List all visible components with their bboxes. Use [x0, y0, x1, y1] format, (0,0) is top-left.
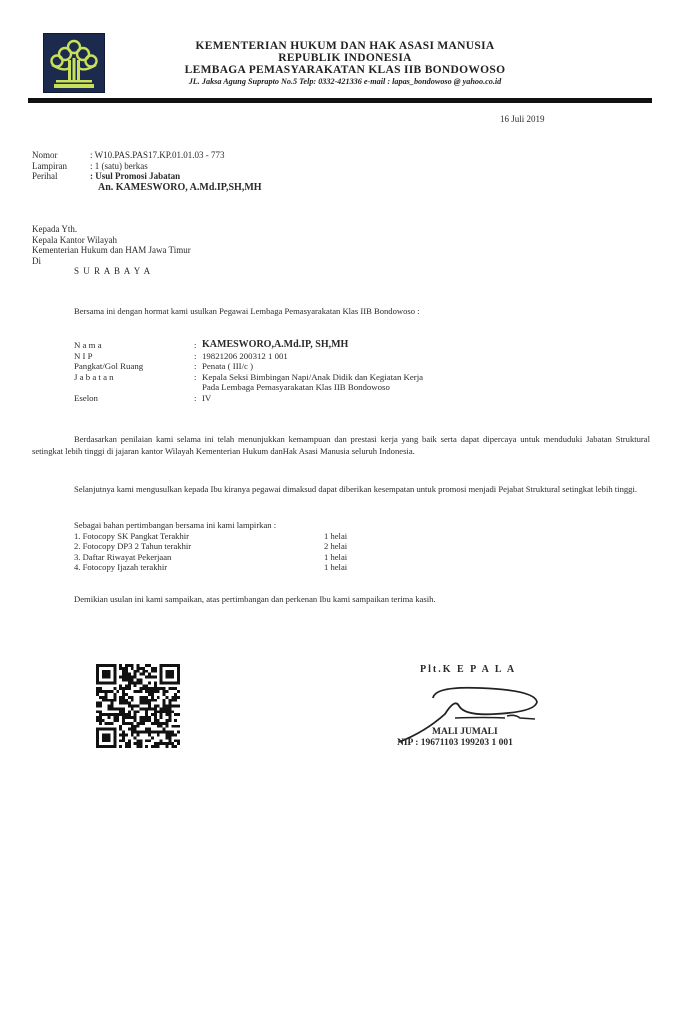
intro-text: Bersama ini dengan hormat kami usulkan P… [74, 306, 634, 318]
meta-perihal: Perihal: Usul Promosi Jabatan [32, 171, 262, 182]
signatory-name: MALI JUMALI [432, 727, 498, 737]
employee-row: Eselon:IV [74, 393, 554, 404]
recipient-salutation: Kepada Yth. [32, 224, 191, 235]
employee-field-label [74, 382, 194, 393]
employee-field-label: N a m a [74, 340, 194, 351]
employee-row: N I P:19821206 200312 1 001 [74, 351, 554, 362]
attachment-item: 3. Daftar Riwayat Pekerjaan1 helai [74, 552, 394, 563]
attachment-item: 1. Fotocopy SK Pangkat Terakhir1 helai [74, 531, 394, 542]
ministry-tree-emblem-icon [44, 34, 104, 92]
letter-meta: Nomor: W10.PAS.PAS17.KP.01.01.03 - 773 L… [32, 150, 262, 193]
attachment-item: 2. Fotocopy DP3 2 Tahun terakhir2 helai [74, 541, 394, 552]
country-name: REPUBLIK INDONESIA [110, 52, 580, 64]
recipient-office: Kementerian Hukum dan HAM Jawa Timur [32, 245, 191, 256]
employee-field-value: Kepala Seksi Bimbingan Napi/Anak Didik d… [202, 372, 423, 383]
recipient-title: Kepala Kantor Wilayah [32, 235, 191, 246]
recipient-block: Kepada Yth. Kepala Kantor Wilayah Kement… [32, 224, 191, 277]
employee-details: N a m a:KAMESWORO,A.Md.IP, SH,MHN I P:19… [74, 340, 554, 403]
paragraph-assessment: Berdasarkan penilaian kami selama ini te… [32, 434, 650, 457]
signatory-nip: NIP : 19671103 199203 1 001 [397, 738, 513, 748]
ministry-name: KEMENTERIAN HUKUM DAN HAK ASASI MANUSIA [110, 40, 580, 52]
recipient-di: Di [32, 256, 191, 267]
institution-address: JL. Jaksa Agung Suprapto No.5 Telp: 0332… [110, 77, 580, 86]
recipient-city: S U R A B A Y A [32, 266, 191, 277]
employee-row: Pangkat/Gol Ruang:Penata ( III/c ) [74, 361, 554, 372]
employee-field-label: J a b a t a n [74, 372, 194, 383]
institution-name: LEMBAGA PEMASYARAKATAN KLAS IIB BONDOWOS… [110, 64, 580, 76]
closing-text: Demikian usulan ini kami sampaikan, atas… [74, 594, 634, 606]
attachments-list: Sebagai bahan pertimbangan bersama ini k… [74, 520, 394, 573]
employee-row: J a b a t a n:Kepala Seksi Bimbingan Nap… [74, 372, 554, 383]
ministry-logo [43, 33, 105, 93]
employee-field-label: Eselon [74, 393, 194, 404]
letter-date: 16 Juli 2019 [500, 114, 545, 124]
employee-field-value: IV [202, 393, 211, 404]
employee-field-label: Pangkat/Gol Ruang [74, 361, 194, 372]
employee-field-value: KAMESWORO,A.Md.IP, SH,MH [202, 340, 348, 351]
signatory-title: Plt.K E P A L A [420, 664, 516, 675]
letterhead-divider [28, 98, 652, 103]
qr-code-icon [95, 664, 181, 748]
employee-field-value: Pada Lembaga Pemasyarakatan Klas IIB Bon… [202, 382, 390, 393]
attachments-intro: Sebagai bahan pertimbangan bersama ini k… [74, 520, 394, 531]
meta-perihal-name: An. KAMESWORO, A.Md.IP,SH,MH [32, 182, 262, 194]
employee-field-value: Penata ( III/c ) [202, 361, 253, 372]
employee-row: N a m a:KAMESWORO,A.Md.IP, SH,MH [74, 340, 554, 351]
paragraph-proposal: Selanjutnya kami mengusulkan kepada Ibu … [32, 484, 650, 496]
employee-field-label: N I P [74, 351, 194, 362]
employee-field-value: 19821206 200312 1 001 [202, 351, 288, 362]
meta-lampiran: Lampiran: 1 (satu) berkas [32, 161, 262, 172]
meta-nomor: Nomor: W10.PAS.PAS17.KP.01.01.03 - 773 [32, 150, 262, 161]
employee-row: Pada Lembaga Pemasyarakatan Klas IIB Bon… [74, 382, 554, 393]
attachment-item: 4. Fotocopy Ijazah terakhir1 helai [74, 562, 394, 573]
